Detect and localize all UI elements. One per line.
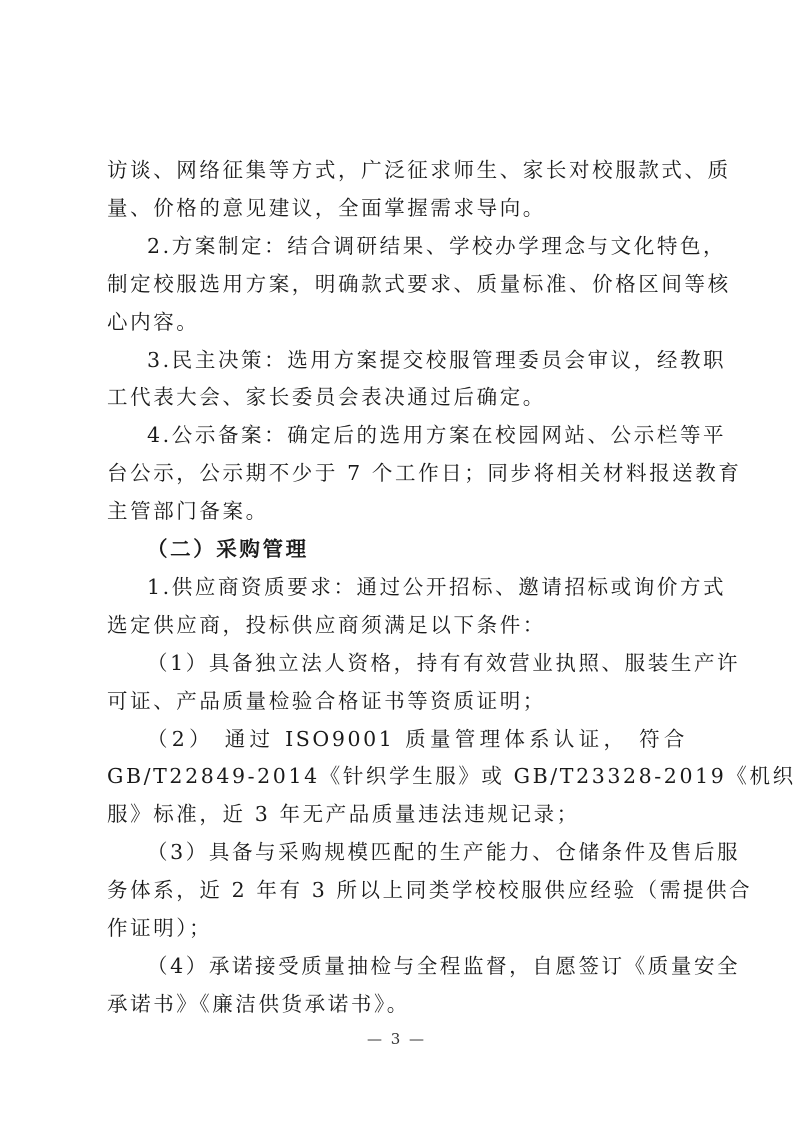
text-line: GB/T22849-2014《针织学生服》或 GB/T23328-2019《机织… — [107, 764, 687, 788]
text-line: 服》标准，近 3 年无产品质量违法违规记录； — [107, 802, 687, 826]
text-line: 台公示，公示期不少于 7 个工作日；同步将相关材料报送教育 — [107, 461, 687, 485]
text-line: （3）具备与采购规模匹配的生产能力、仓储条件及售后服 — [147, 840, 687, 864]
text-line: 访谈、网络征集等方式，广泛征求师生、家长对校服款式、质 — [107, 158, 687, 182]
text-line: 心内容。 — [107, 310, 687, 334]
section-heading: （二）采购管理 — [147, 537, 687, 561]
text-line: （2） 通过 ISO9001 质量管理体系认证， 符合 — [147, 727, 687, 751]
text-line: 3.民主决策：选用方案提交校服管理委员会审议，经教职 — [147, 348, 687, 372]
text-line: 制定校服选用方案，明确款式要求、质量标准、价格区间等核 — [107, 272, 687, 296]
text-line: 4.公示备案：确定后的选用方案在校园网站、公示栏等平 — [147, 423, 687, 447]
text-line: 可证、产品质量检验合格证书等资质证明； — [107, 689, 687, 713]
text-line: 承诺书》《廉洁供货承诺书》。 — [107, 992, 687, 1016]
text-line: 量、价格的意见建议，全面掌握需求导向。 — [107, 196, 687, 220]
text-line: 作证明）； — [107, 916, 687, 940]
text-line: （1）具备独立法人资格，持有有效营业执照、服装生产许 — [147, 651, 687, 675]
text-line: （4）承诺接受质量抽检与全程监督，自愿签订《质量安全 — [147, 954, 687, 978]
text-line: 务体系，近 2 年有 3 所以上同类学校校服供应经验（需提供合 — [107, 878, 687, 902]
text-line: 主管部门备案。 — [107, 499, 687, 523]
text-line: 1.供应商资质要求：通过公开招标、邀请招标或询价方式 — [147, 575, 687, 599]
page-number: — 3 — — [0, 1030, 793, 1048]
text-line: 2.方案制定：结合调研结果、学校办学理念与文化特色， — [147, 234, 687, 258]
text-line: 选定供应商，投标供应商须满足以下条件： — [107, 613, 687, 637]
text-line: 工代表大会、家长委员会表决通过后确定。 — [107, 385, 687, 409]
document-page: 访谈、网络征集等方式，广泛征求师生、家长对校服款式、质量、价格的意见建议，全面掌… — [0, 0, 793, 1122]
